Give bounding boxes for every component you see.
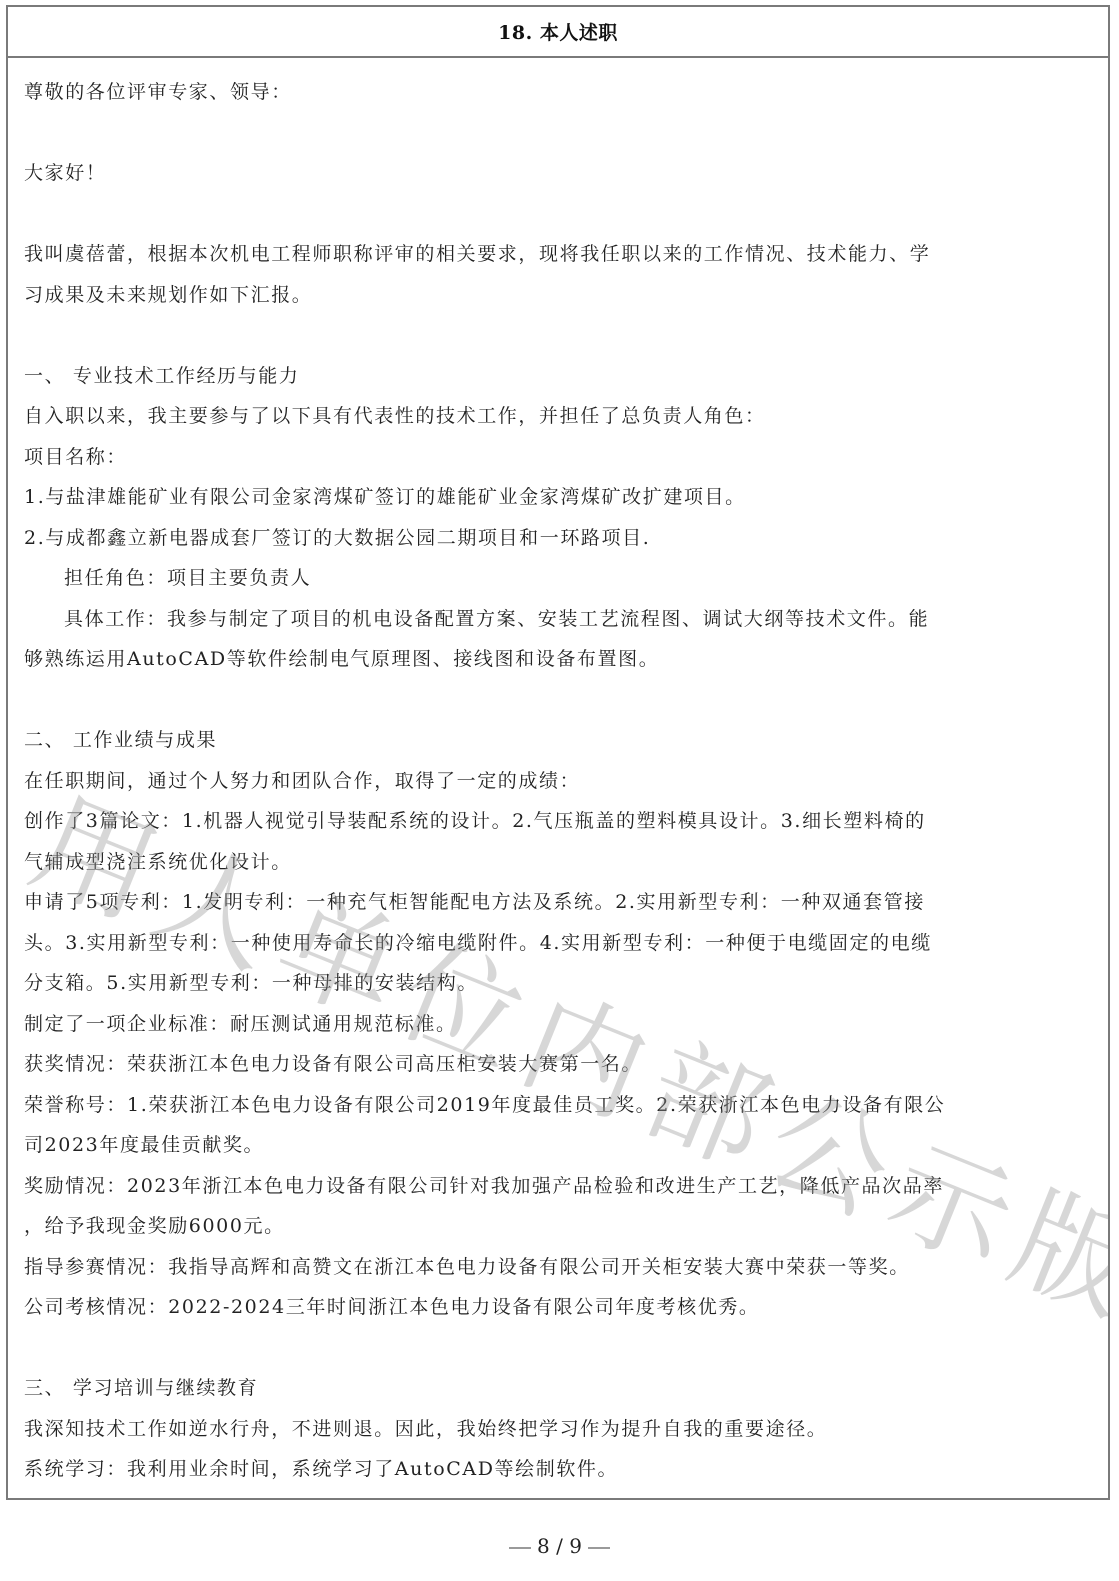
hello: 大家好！ [24,153,1098,194]
honors-line: 司2023年度最佳贡献奖。 [24,1125,1098,1166]
patents-line: 头。3.实用新型专利：一种使用寿命长的冷缩电缆附件。4.实用新型专利：一种便于电… [24,923,1098,964]
footer-dash-left [509,1547,531,1549]
standard-line: 制定了一项企业标准：耐压测试通用规范标准。 [24,1004,1098,1045]
blank-line [24,315,1098,356]
greeting: 尊敬的各位评审专家、领导： [24,72,1098,113]
blank-line [24,113,1098,154]
project-item: 2.与成都鑫立新电器成套厂签订的大数据公园二期项目和一环路项目. [24,518,1098,559]
patents-line: 分支箱。5.实用新型专利：一种母排的安装结构。 [24,963,1098,1004]
assessment-line: 公司考核情况：2022-2024三年时间浙江本色电力设备有限公司年度考核优秀。 [24,1287,1098,1328]
section-1-title: 一、 专业技术工作经历与能力 [24,356,1098,397]
paragraph-line: 自入职以来，我主要参与了以下具有代表性的技术工作，并担任了总负责人角色： [24,396,1098,437]
blank-line [24,1328,1098,1369]
patents-line: 申请了5项专利：1.发明专利：一种充气柜智能配电方法及系统。2.实用新型专利：一… [24,882,1098,923]
blank-line [24,680,1098,721]
statement-body: 用人单位内部公示版 尊敬的各位评审专家、领导： 大家好！ 我叫虞蓓蕾，根据本次机… [8,58,1108,1500]
footer-dash-right [588,1547,610,1549]
document-table: 18. 本人述职 用人单位内部公示版 尊敬的各位评审专家、领导： 大家好！ 我叫… [6,5,1110,1500]
page-number: 8 / 9 [537,1534,582,1558]
blank-line [24,194,1098,235]
awards-line: 获奖情况：荣获浙江本色电力设备有限公司高压柜安装大赛第一名。 [24,1044,1098,1085]
project-item: 1.与盐津雄能矿业有限公司金家湾煤矿签订的雄能矿业金家湾煤矿改扩建项目。 [24,477,1098,518]
section-2-title: 二、 工作业绩与成果 [24,720,1098,761]
papers-line: 气辅成型浇注系统优化设计。 [24,842,1098,883]
work-line: 具体工作：我参与制定了项目的机电设备配置方案、安装工艺流程图、调试大纲等技术文件… [24,599,1098,640]
intro-line: 我叫虞蓓蕾，根据本次机电工程师职称评审的相关要求，现将我任职以来的工作情况、技术… [24,234,1098,275]
honors-line: 荣誉称号：1.荣获浙江本色电力设备有限公司2019年度最佳员工奖。2.荣获浙江本… [24,1085,1098,1126]
section-3-title: 三、 学习培训与继续教育 [24,1368,1098,1409]
paragraph-line: 在任职期间，通过个人努力和团队合作，取得了一定的成绩： [24,761,1098,802]
section-header: 18. 本人述职 [8,7,1108,58]
role-line: 担任角色：项目主要负责人 [24,558,1098,599]
bonus-line: 奖励情况：2023年浙江本色电力设备有限公司针对我加强产品检验和改进生产工艺，降… [24,1166,1098,1207]
page-footer: 8 / 9 [0,1534,1119,1558]
bonus-line: ，给予我现金奖励6000元。 [24,1206,1098,1247]
page-title: 18. 本人述职 [498,18,618,45]
work-line: 够熟练运用AutoCAD等软件绘制电气原理图、接线图和设备布置图。 [24,639,1098,680]
intro-line: 习成果及未来规划作如下汇报。 [24,275,1098,316]
mentoring-line: 指导参赛情况：我指导高辉和高赞文在浙江本色电力设备有限公司开关柜安装大赛中荣获一… [24,1247,1098,1288]
paragraph-line: 项目名称： [24,437,1098,478]
paragraph-line: 我深知技术工作如逆水行舟，不进则退。因此，我始终把学习作为提升自我的重要途径。 [24,1409,1098,1450]
papers-line: 创作了3篇论文：1.机器人视觉引导装配系统的设计。2.气压瓶盖的塑料模具设计。3… [24,801,1098,842]
training-line: 培训参与：我2023-2025年3年积极参加温州继续教育学院开展的培训班，每年学… [24,1490,1098,1501]
study-line: 系统学习：我利用业余时间，系统学习了AutoCAD等绘制软件。 [24,1449,1098,1490]
